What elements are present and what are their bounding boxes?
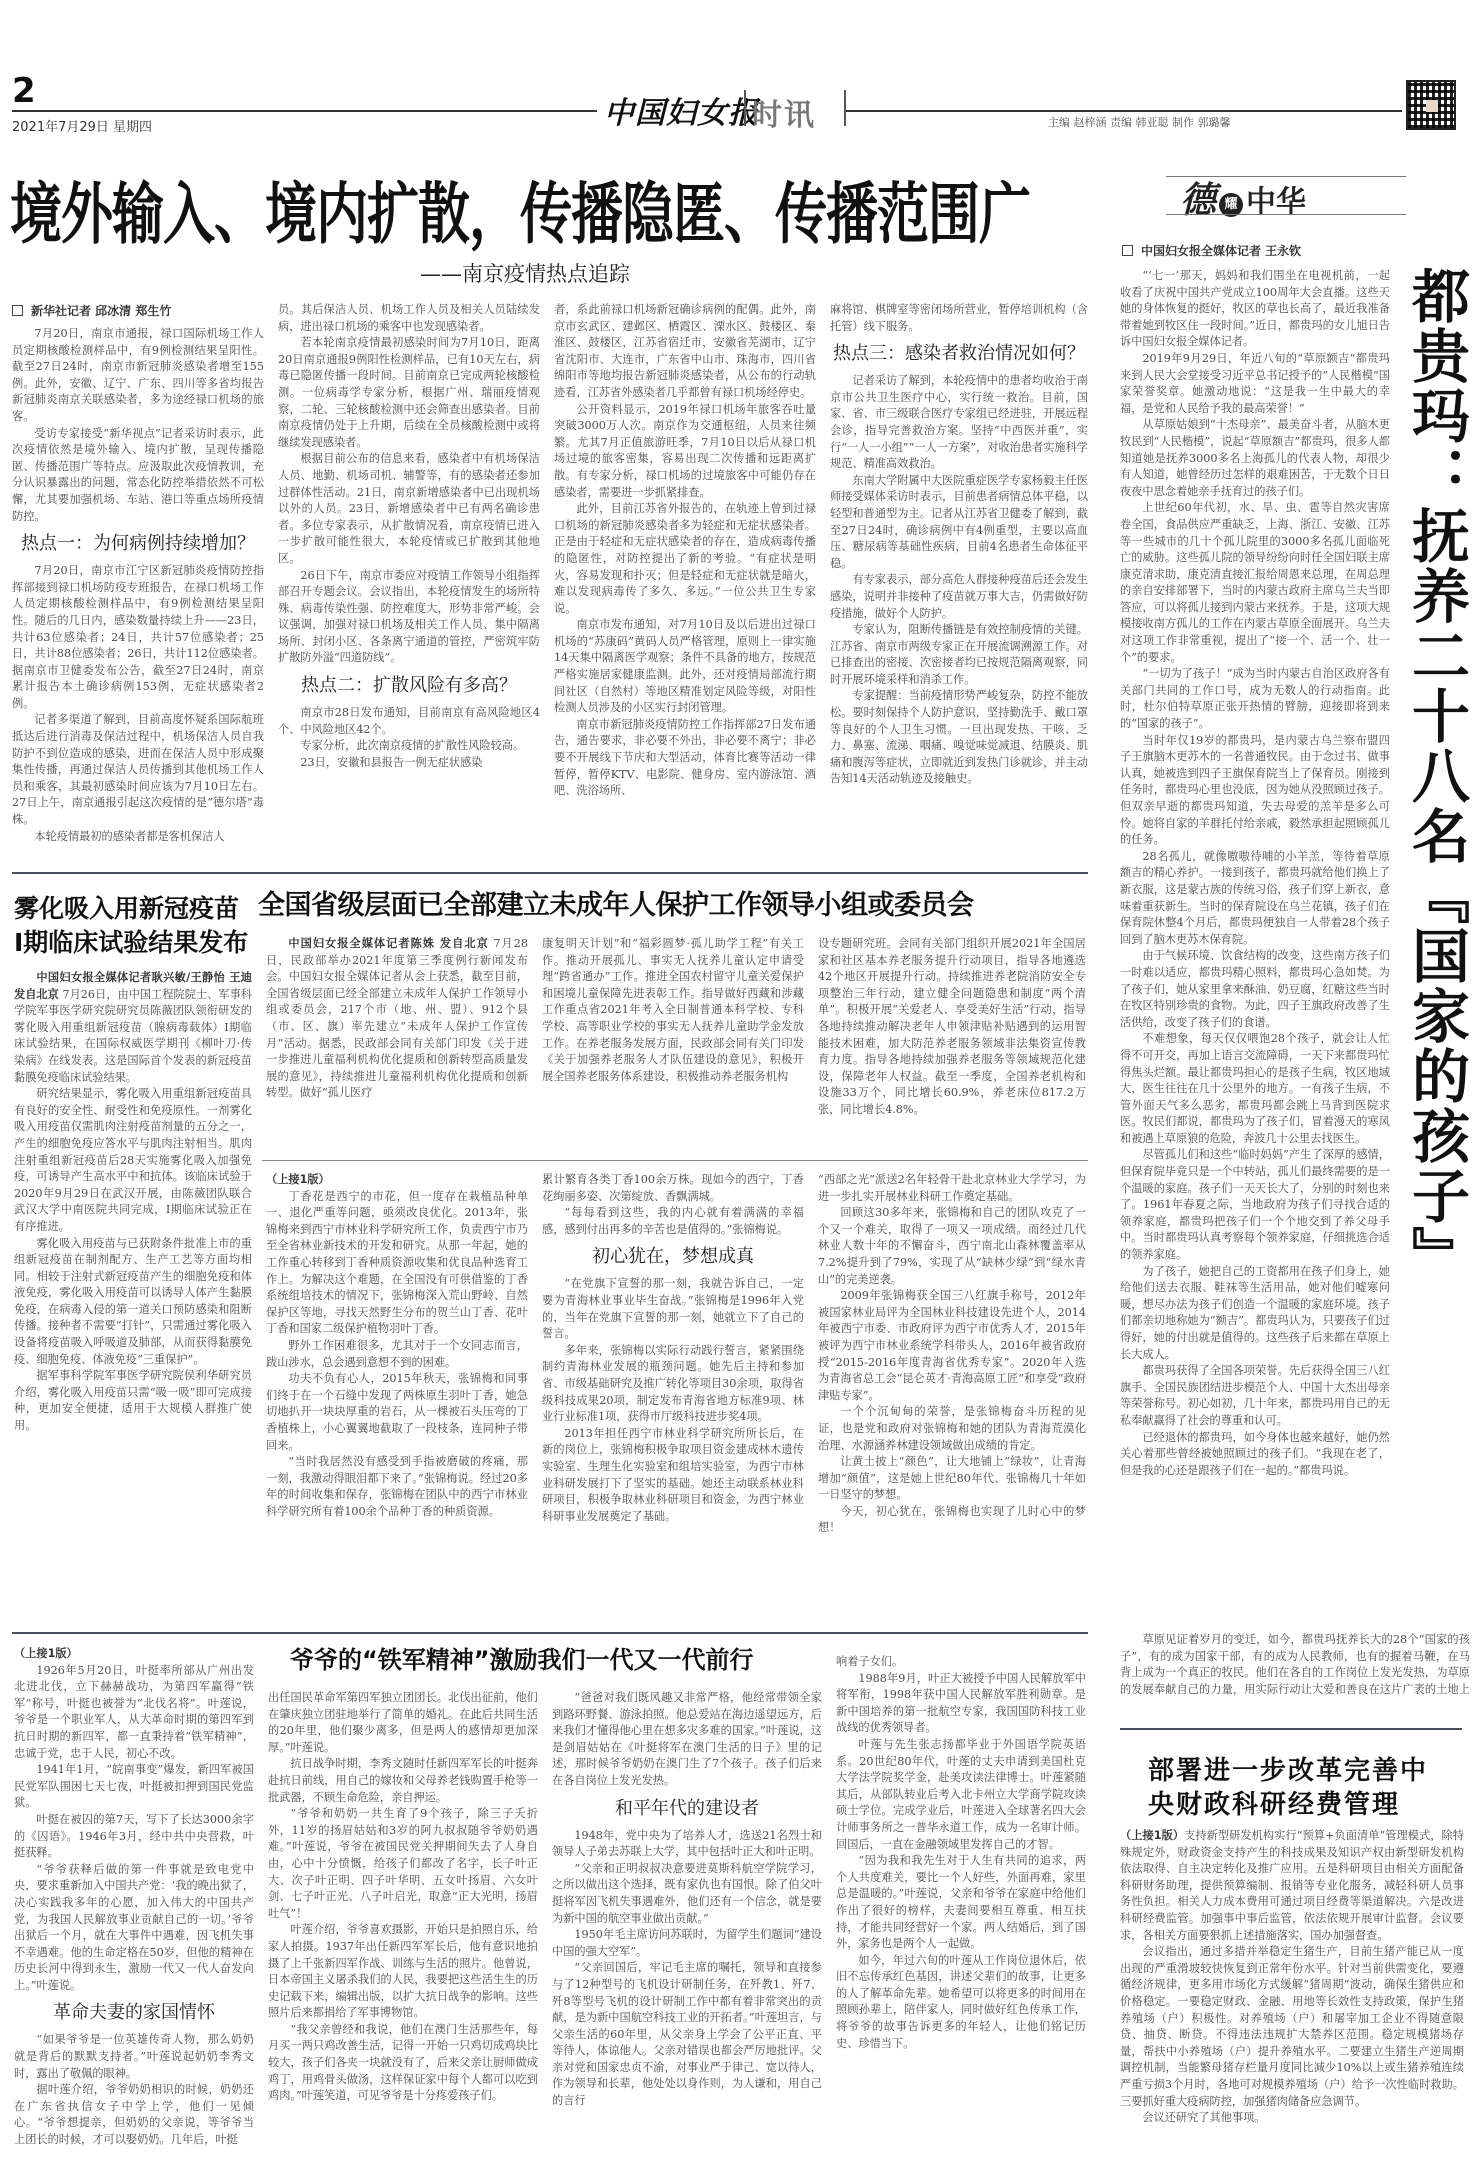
editor-credits: 主编 赵梓涵 责编 韩亚聪 制作 郭璐馨 <box>1048 114 1230 130</box>
paragraph: 记者采访了解到，本轮疫情中的患者均收治于南京市公共卫生医疗中心，实行统一救治。目… <box>830 373 1088 473</box>
paragraph: 叶莲介绍，爷爷喜欢摄影，开始只是拍照自乐，给家人拍摄。1937年出任新四军军长后… <box>268 1922 538 2022</box>
minors-column-1: 中国妇女报全媒体记者陈姝 发自北京 7月28日，民政部举办2021年度第三季度例… <box>266 936 528 1154</box>
paragraph: 已经退休的都贵玛，如今身体也越来越好，她仍然关心着那些曾经被她照顾过的孩子们。“… <box>1120 1430 1390 1480</box>
paragraph: “‘七一’那天，妈妈和我们围坐在电视机前，一起收看了庆祝中国共产党成立100周年… <box>1120 268 1390 351</box>
paragraph: 员。其后保洁人员、机场工作人员及相关人员陆续发病，进出禄口机场的乘客中也发现感染… <box>278 302 540 335</box>
paragraph: 累计繁育各类丁香100余万株。现如今的西宁，丁香花绚丽多姿、次第绽放、香飘满城。 <box>542 1172 804 1205</box>
paragraph: 2009年张锦梅获全国三八红旗手称号，2012年被国家林业局评为全国林业科技建设… <box>818 1288 1086 1404</box>
lilac-column-2: 累计繁育各类丁香100余万株。现如今的西宁，丁香花绚丽多姿、次第绽放、香飘满城。… <box>542 1172 804 1592</box>
paragraph: 7月26日，由中国工程院院士、军事科学院军事医学研究院研究员陈薇团队领衔研发的雾… <box>14 988 252 1084</box>
column-logo-rule-bottom <box>1166 214 1406 215</box>
paragraph: 本轮疫情最初的感染者都是客机保洁人 <box>12 829 264 846</box>
paragraph: 东南大学附属中大医院重症医学专家杨毅主任医师接受媒体采访时表示，目前患者病情总体… <box>830 473 1088 573</box>
paragraph: 丁香花是西宁的市花，但一度存在栽植品种单一、退化严重等问题，亟须改良优化。201… <box>266 1189 528 1338</box>
minors-column-2: 康复明天计划”和“福彩圆梦·孤儿助学工程”有关工作。推动开展孤儿、事实无人抚养儿… <box>542 936 804 1154</box>
grandpa-column-4: 响着子女们。 1988年9月，叶正大被授予中国人民解放军中将军衔，1998年获中… <box>836 1654 1086 2163</box>
paragraph: 不难想象，每天仅仅喂饱28个孩子，就会让人忙得不可开交，再加上语言交流障碍，一天… <box>1120 1031 1390 1147</box>
minors-headline: 全国省级层面已全部建立未成年人保护工作领导小组或委员会 <box>258 886 974 926</box>
paragraph: 响着子女们。 <box>836 1654 1086 1671</box>
paragraph: 设专题研究班。会同有关部门组织开展2021年全国居家和社区基本养老服务提升行动项… <box>818 936 1086 1119</box>
paragraph: “西部之光”派送2名年轻骨干赴北京林业大学学习，为进一步扎实开展林业科研工作奠定… <box>818 1172 1086 1205</box>
paragraph: 根据目前公布的信息来看，感染者中有机场保洁人员、地勤、机场司机、辅警等，有的感染… <box>278 451 540 567</box>
paragraph: 受访专家接受“新华视点”记者采访时表示，此次疫情依然是境外输入、境内扩散，呈现传… <box>12 426 264 526</box>
paragraph: “当时我居然没有感受到手指被磨破的疼痛，那一刻，我激动得眼泪都下来了。”张锦梅说… <box>266 1454 528 1520</box>
paragraph: 都贵玛获得了全国各项荣誉。先后获得全国三八红旗手、全国民族团结进步模范个人、中国… <box>1120 1363 1390 1429</box>
feature-byline: 中国妇女报全媒体记者 王永钦 <box>1122 242 1301 259</box>
newspaper-logo: 中国妇女报 <box>604 88 759 132</box>
paragraph: 2013年担任西宁市林业科学研究所所长后，在新的岗位上，张锦梅积极争取项目资金建… <box>542 1426 804 1526</box>
byline-text: 中国妇女报全媒体记者 王永钦 <box>1141 244 1301 258</box>
lead-headline: 境外输入、境内扩散，传播隐匿、传播范围广 <box>10 160 1030 256</box>
section-divider-2 <box>12 1632 1088 1634</box>
paragraph: 会议还研究了其他事项。 <box>1120 2110 1464 2127</box>
feature-body-upper: “‘七一’那天，妈妈和我们围坐在电视机前，一起收看了庆祝中国共产党成立100周年… <box>1120 268 1390 1628</box>
paragraph: 上世纪60年代初，水、旱、虫、雹等自然灾害席卷全国，食品供应严重缺乏，上海、浙江… <box>1120 500 1390 666</box>
paragraph: 麻将馆、棋牌室等密闭场所营业，暂停培训机构（含托管）线下服务。 <box>830 302 1088 335</box>
paragraph: 专家提醒：当前疫情形势严峻复杂，防控不能放松。要时刻保持个人防护意识，坚持勤洗手… <box>830 688 1088 788</box>
paragraph: 有专家表示，部分高危人群接种疫苗后还会发生感染，说明并非接种了疫苗就万事大吉，仍… <box>830 572 1088 622</box>
byline-box-icon <box>1122 245 1133 256</box>
masthead-rule-right <box>846 110 1402 112</box>
minors-column-3: 设专题研究班。会同有关部门组织开展2021年全国居家和社区基本养老服务提升行动项… <box>818 936 1086 1154</box>
paragraph: “父亲和正明叔叔决意要进莫斯科航空学院学习，之所以做出这个选择，既有家仇也有国恨… <box>552 1861 822 1927</box>
vaccine-headline-line-2: Ⅰ期临床试验结果发布 <box>14 926 248 960</box>
paragraph: 者，系此前禄口机场新冠确诊病例的配偶。此外，南京市玄武区、建邺区、栖霞区、溧水区… <box>554 302 816 402</box>
lead-column-1: 7月20日，南京市通报，禄口国际机场工作人员定期核酸检测样品中，有9例检测结果呈… <box>12 326 264 866</box>
paragraph: 雾化吸入用疫苗与已获附条件批准上市的重组新冠疫苗在制剂配方、生产工艺等方面均相同… <box>14 1236 252 1369</box>
byline-text: 新华社记者 邱冰清 郑生竹 <box>31 304 171 318</box>
paragraph: 此外，目前江苏省外报告的，在轨迹上曾到过禄口机场的新冠肺炎感染者多为轻症和无症状… <box>554 501 816 617</box>
paragraph: 支持新型研发机构实行“预算+负面清单”管理模式，除特殊规定外，财政资金支持产生的… <box>1120 1829 1464 1942</box>
paragraph: 叶挺在被囚的第7天，写下了长达3000余字的《囚语》。1946年3月，经中共中央… <box>14 1812 254 1862</box>
lead-column-2: 员。其后保洁人员、机场工作人员及相关人员陆续发病，进出禄口机场的乘客中也发现感染… <box>278 302 540 866</box>
vaccine-body: 中国妇女报全媒体记者耿兴敏/王静怡 王迪 发自北京 7月26日，由中国工程院院士… <box>14 970 252 1580</box>
vaccine-headline-line-1: 雾化吸入用新冠疫苗 <box>14 892 248 926</box>
feature-divider <box>1120 1728 1462 1730</box>
paragraph: 从草原姑娘到“十杰母亲”、最美奋斗者，从脑木更牧民到“人民楷模”，说起“草原额吉… <box>1120 417 1390 500</box>
paragraph: 多年来，张锦梅以实际行动践行誓言，紧紧围绕制约青海林业发展的瓶颈问题。她先后主持… <box>542 1343 804 1426</box>
paragraph: 一个个沉甸甸的荣誉，是张锦梅奋斗历程的见证，也是党和政府对张锦梅和她的团队为青海… <box>818 1404 1086 1454</box>
paragraph: 7月20日，南京市通报，禄口国际机场工作人员定期核酸检测样品中，有9例检测结果呈… <box>12 326 264 426</box>
paragraph: 2019年9月29日，年近八旬的“草原额吉”都贵玛来到人民大会堂接受习近平总书记… <box>1120 351 1390 417</box>
lead-column-4: 麻将馆、棋牌室等密闭场所营业，暂停培训机构（含托管）线下服务。 热点三：感染者救… <box>830 302 1088 866</box>
paragraph: 当时年仅19岁的都贵玛，是内蒙古乌兰察布盟四子王旗脑木更苏木的一名普通牧民。由于… <box>1120 733 1390 849</box>
paragraph: “爷爷和奶奶一共生育了9个孩子，除三子夭折外，11岁的扬眉姑姑和3岁的阿九叔叔随… <box>268 1806 538 1922</box>
paragraph: 抗日战争时期，李秀文随时任新四军军长的叶挺奔赴抗日前线，用自己的嫁妆和父母养老钱… <box>268 1756 538 1806</box>
paragraph: 让黄土披上“颜色”，让大地铺上“绿妆”，让青海增加“颜值”，这是她上世纪80年代… <box>818 1454 1086 1504</box>
paragraph: 23日，安徽和县报告一例无症状感染 <box>278 755 540 772</box>
paragraph: 28名孤儿，就像嗷嗷待哺的小羊羔，等待着草原额吉的精心养护。一接到孩子，都贵玛就… <box>1120 849 1390 949</box>
minors-byline: 中国妇女报全媒体记者陈姝 发自北京 <box>288 937 488 950</box>
lead-subheadline: ——南京疫情热点追踪 <box>420 258 630 288</box>
paragraph: 1988年9月，叶正大被授予中国人民解放军中将军衔，1998年获中国人民解放军胜… <box>836 1671 1086 1737</box>
lilac-subtitle: 初心犹在，梦想成真 <box>542 1242 804 1272</box>
grandpa-column-2: 出任国民革命军第四军独立团团长。北伐出征前，他们在肇庆独立团驻地举行了简单的婚礼… <box>268 1690 538 2163</box>
paragraph: 康复明天计划”和“福彩圆梦·孤儿助学工程”有关工作。推动开展孤儿、事实无人抚养儿… <box>542 936 804 1085</box>
paragraph: 1948年，党中央为了培养人才，选送21名烈士和领导人子弟去苏联上大学，其中包括… <box>552 1828 822 1861</box>
masthead-rule-left <box>12 110 597 112</box>
paragraph: 26日下午，南京市委应对疫情工作领导小组指挥部召开专题会议。会议指出，本轮疫情发… <box>278 568 540 668</box>
paragraph: “一切为了孩子！”成为当时内蒙古自治区政府各有关部门共同的工作口号，成为无数人的… <box>1120 666 1390 732</box>
paragraph: “如果爷爷是一位英雄传奇人物，那么奶奶就是背后的默默支持者。”叶莲说起奶奶李秀文… <box>14 2032 254 2082</box>
continued-from-label: （上接1版） <box>266 1173 330 1186</box>
paragraph: 草原见证着岁月的变迁，如今，都贵玛抚养长大的28个“国家的孩子”，有的成为国家干… <box>1120 1632 1470 1696</box>
paragraph: 野外工作困难很多，尤其对于一个女同志而言，跋山涉水，总会遇到意想不到的困难。 <box>266 1338 528 1371</box>
finance-headline: 部署进一步改革完善中 央财政科研经费管理 <box>1148 1754 1428 1822</box>
lead-column-3: 者，系此前禄口机场新冠确诊病例的配偶。此外，南京市玄武区、建邺区、栖霞区、溧水区… <box>554 302 816 866</box>
grandpa-headline: 爷爷的“铁军精神”激励我们一代又一代前行 <box>290 1640 754 1680</box>
paragraph: 1926年5月20日，叶挺率所部从广州出发北进北伐，立下赫赫战功，为第四军赢得“… <box>14 1663 254 1763</box>
hotspot-3-title: 热点三：感染者救治情况如何？ <box>830 339 1088 369</box>
paragraph: 由于气候环境、饮食结构的改变，这些南方孩子们一时难以适应，都贵玛精心照料，都贵玛… <box>1120 948 1390 1031</box>
paragraph: 若本轮南京疫情最初感染时间为7月10日，距离20日南京通报9例阳性检测样品，已有… <box>278 335 540 451</box>
lead-byline: 新华社记者 邱冰清 郑生竹 <box>12 302 171 319</box>
lilac-column-1: （上接1版） 丁香花是西宁的市花，但一度存在栽植品种单一、退化严重等问题，亟须改… <box>266 1172 528 1592</box>
paragraph: “在党旗下宣誓的那一刻，我就告诉自己，一定要为青海林业事业毕生奋战。”张锦梅是1… <box>542 1276 804 1342</box>
issue-date: 2021年7月29日 星期四 <box>12 116 152 135</box>
finance-headline-line-2: 央财政科研经费管理 <box>1148 1788 1428 1822</box>
paragraph: 1941年1月，“皖南事变”爆发，新四军被国民党军队围困七天七夜，叶挺被扣押到国… <box>14 1762 254 1812</box>
page-number: 2 <box>12 74 36 108</box>
paragraph: 研究结果显示，雾化吸入用重组新冠疫苗具有良好的安全性、耐受性和免疫原性。一剂雾化… <box>14 1086 252 1235</box>
paragraph: 南京市发布通知，对7月10日及以后进出过禄口机场的“苏康码”黄码人员严格管理，原… <box>554 617 816 717</box>
section-divider-left <box>744 90 746 126</box>
section-title: 时讯 <box>752 90 816 134</box>
paragraph: 今天，初心犹在，张锦梅也实现了儿时心中的梦想！ <box>818 1504 1086 1537</box>
paragraph: 专家认为，阻断传播链是有效控制疫情的关键。江苏省、南京市两级专家正在开展流调溯源… <box>830 622 1088 688</box>
section-divider <box>12 872 1088 874</box>
paragraph: 专家分析，此次南京疫情的扩散性风险较高。 <box>278 738 540 755</box>
paragraph: 据叶莲介绍，爷爷奶奶相识的时候，奶奶还在广东省执信女子中学上学，他们一见倾心。“… <box>14 2082 254 2148</box>
paragraph: 会议指出，通过多措并举稳定生猪生产，目前生猪产能已从一度出现的严重滑坡较快恢复到… <box>1120 1944 1464 2110</box>
paragraph: 叶莲与先生张志扬都毕业于外国语学院英语系。20世纪80年代，叶莲的丈夫申请到美国… <box>836 1737 1086 1853</box>
paragraph: 据军事科学院军事医学研究院侯利华研究员介绍，雾化吸入用疫苗只需“吸一吸”即可完成… <box>14 1368 252 1434</box>
grandpa-subtitle-1: 革命夫妻的家国情怀 <box>14 1998 254 2028</box>
paragraph: “因为我和我先生对于人生有共同的追求，两个人共度难关，要比一个人好些，外面再难，… <box>836 1853 1086 1953</box>
feature-vertical-title: 都贵玛：抚养二十八名『国家的孩子』 <box>1398 266 1468 1286</box>
byline-box-icon <box>12 305 23 316</box>
finance-body: （上接1版）支持新型研发机构实行“预算+负面清单”管理模式，除特殊规定外，财政资… <box>1120 1828 1464 2163</box>
grandpa-column-1: （上接1版） 1926年5月20日，叶挺率所部从广州出发北进北伐，立下赫赫战功，… <box>14 1646 254 2163</box>
hotspot-1-title: 热点一：为何病例持续增加？ <box>12 529 264 559</box>
paragraph: 南京市28日发布通知，目前南京有高风险地区4个、中风险地区42个。 <box>278 705 540 738</box>
paragraph: “我父亲曾经和我说，他们在澳门生活那些年，每月买一两只鸡改善生活，记得一开始一只… <box>268 2022 538 2105</box>
continued-from-label: （上接1版） <box>1120 1829 1184 1842</box>
finance-headline-line-1: 部署进一步改革完善中 <box>1148 1754 1428 1788</box>
lilac-column-3: “西部之光”派送2名年轻骨干赴北京林业大学学习，为进一步扎实开展林业科研工作奠定… <box>818 1172 1086 1592</box>
paragraph: 功夫不负有心人，2015年秋天，张锦梅和同事们终于在一个石缝中发现了两株原生羽叶… <box>266 1371 528 1454</box>
paragraph: 7月28日，民政部举办2021年度第三季度例行新闻发布会。中国妇女报全媒体记者从… <box>266 937 528 1099</box>
paragraph: 公开资料显示，2019年禄口机场年旅客吞吐量突破3000万人次。南京作为交通枢纽… <box>554 402 816 502</box>
continued-from-label: （上接1版） <box>14 1647 78 1660</box>
grandpa-column-3: “爸爸对我们既风趣又非常严格，他经常带领全家到路环野餐、游泳拍照。他总爱站在海边… <box>552 1690 822 2163</box>
minors-divider <box>262 1160 1088 1161</box>
paragraph: 如今，年过六旬的叶莲从工作岗位退休后，依旧不忘传承红色基因，讲述父辈们的故事，让… <box>836 1953 1086 2053</box>
qr-code-icon[interactable] <box>1406 80 1456 130</box>
feature-body-lower: 草原见证着岁月的变迁，如今，都贵玛抚养长大的28个“国家的孩子”，有的成为国家干… <box>1120 1632 1470 1696</box>
paragraph: “爸爸对我们既风趣又非常严格，他经常带领全家到路环野餐、游泳拍照。他总爱站在海边… <box>552 1690 822 1790</box>
paragraph: “每每看到这些，我的内心就有着满满的幸福感，感到付出再多的辛苦也是值得的。”张锦… <box>542 1205 804 1238</box>
section-divider-right <box>844 90 846 126</box>
hotspot-2-title: 热点二：扩散风险有多高？ <box>278 671 540 701</box>
grandpa-subtitle-2: 和平年代的建设者 <box>552 1794 822 1824</box>
paragraph: 回顾这30多年来，张锦梅和自己的团队攻克了一个又一个难关，取得了一项又一项成绩。… <box>818 1205 1086 1288</box>
paragraph: 南京市新冠肺炎疫情防控工作指挥部27日发布通告，通告要求，非必要不外出，非必要不… <box>554 717 816 800</box>
vaccine-headline: 雾化吸入用新冠疫苗 Ⅰ期临床试验结果发布 <box>14 892 248 960</box>
paragraph: “爷爷获释后做的第一件事就是致电党中央，要求重新加入中国共产党：‘我的晚出狱了，… <box>14 1862 254 1995</box>
paragraph: “父亲回国后，牢记毛主席的嘱托，领导和直接参与了12种型号的飞机设计研制任务，在… <box>552 1960 822 2109</box>
paragraph: 为了孩子，她把自己的工资都用在孩子们身上，她给他们送去衣服、鞋袜等生活用品，她对… <box>1120 1264 1390 1364</box>
paragraph: 7月20日，南京市江宁区新冠肺炎疫情防控指挥部接到禄口机场防疫专班报告，在禄口机… <box>12 563 264 712</box>
paragraph: 1950年毛主席访问苏联时，为留学生们题词“建设中国的强大空军”。 <box>552 1927 822 1960</box>
paragraph: 出任国民革命军第四军独立团团长。北伐出征前，他们在肇庆独立团驻地举行了简单的婚礼… <box>268 1690 538 1756</box>
column-logo: 德耀中华 <box>1180 172 1306 223</box>
paragraph: 记者多渠道了解到，目前高度怀疑系国际航班抵达后进行消毒及保洁过程中，机场保洁人员… <box>12 712 264 828</box>
paragraph: 尽管孤儿们和这些“临时妈妈”产生了深厚的感情，但保育院毕竟只是一个中转站，孤儿们… <box>1120 1147 1390 1263</box>
